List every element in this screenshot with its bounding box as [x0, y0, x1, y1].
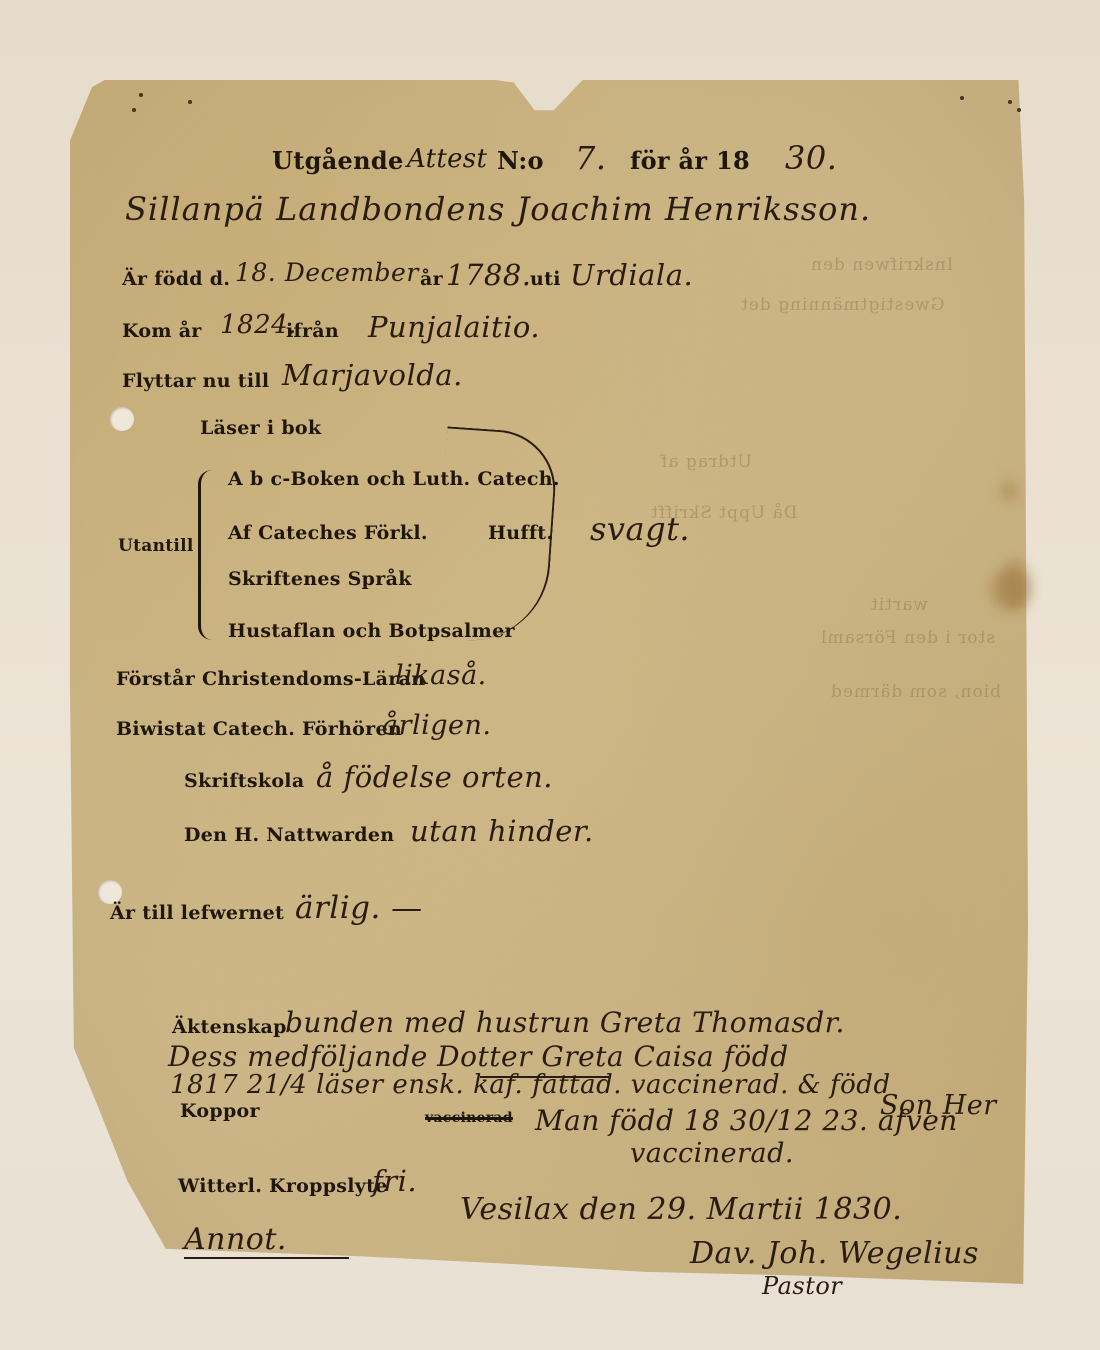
- smallpox-line: vaccinerad.: [630, 1138, 794, 1169]
- utantill-item: A b c-Boken och Luth. Catech.: [228, 468, 560, 490]
- ink-speck: [960, 96, 964, 100]
- reading-label: Läser i bok: [200, 417, 321, 439]
- bleed-through-text: Inskrifwen den: [810, 255, 953, 275]
- born-place-label: uti: [530, 268, 561, 290]
- utantill-item: Hustaflan och Botpsalmer: [228, 620, 515, 642]
- conduct-label: Är till lefwernet: [110, 902, 284, 924]
- born-year-label: år: [420, 268, 443, 290]
- attended-value: årligen.: [382, 710, 492, 741]
- conduct-value: ärlig. —: [295, 890, 423, 926]
- water-stain: [1000, 480, 1018, 502]
- utantill-item: Skriftenes Språk: [228, 568, 412, 590]
- bleed-through-text: stor i den Församl: [820, 628, 995, 648]
- header-year-label: för år 18: [630, 146, 750, 175]
- marriage-line: 1817 21/4 läser ensk. kaf. fattad. vacci…: [170, 1070, 891, 1100]
- marriage-line: bunden med hustrun Greta Thomasdr.: [285, 1006, 845, 1039]
- understands-value: likaså.: [395, 660, 487, 691]
- came-from-value: Punjalaitio.: [368, 310, 540, 344]
- utantill-item: Af Cateches Förkl.: [228, 522, 428, 544]
- confession-school-label: Skriftskola: [184, 770, 304, 792]
- bleed-through-text: bion, som därmed: [830, 682, 1001, 702]
- ink-speck: [139, 93, 143, 97]
- punch-hole: [110, 407, 134, 431]
- ink-speck: [188, 100, 192, 104]
- header-attest: Attest: [407, 144, 487, 174]
- smallpox-side-note: Son Her: [880, 1090, 997, 1121]
- came-label: Kom år: [122, 320, 202, 342]
- utantill-label: Utantill: [118, 536, 194, 556]
- born-year-value: 1788.: [446, 258, 532, 292]
- marriage-line: Dess medföljande Dotter Greta Caisa född: [168, 1040, 789, 1073]
- ink-speck: [132, 108, 136, 112]
- bleed-through-text: Utdrag af: [660, 452, 752, 472]
- bleed-through-text: Gwestigtmänning det: [740, 295, 945, 315]
- ink-speck: [1008, 100, 1012, 104]
- brace-left: [198, 470, 219, 640]
- header-number-label: N:o: [497, 146, 544, 175]
- header-prefix: Utgående: [272, 146, 404, 175]
- water-stain: [990, 570, 1030, 610]
- utantill-side-label: Hufft.: [488, 522, 553, 544]
- closing-place-date: Vesilax den 29. Martii 1830.: [460, 1192, 902, 1227]
- ink-speck: [1017, 108, 1021, 112]
- header-year-value: 30.: [785, 139, 837, 177]
- understands-label: Förstår Christendoms-Läran: [116, 668, 425, 690]
- bodily-defects-value: fri.: [372, 1164, 417, 1198]
- punch-hole: [98, 880, 122, 904]
- confession-school-value: å födelse orten.: [316, 760, 553, 794]
- marriage-label: Äktenskap: [172, 1016, 287, 1038]
- communion-value: utan hinder.: [410, 814, 594, 848]
- smallpox-label: Koppor: [180, 1100, 260, 1122]
- communion-label: Den H. Nattwarden: [184, 824, 394, 846]
- utantill-value: svagt.: [590, 510, 690, 548]
- smallpox-struck-text: vaccinerad: [425, 1110, 513, 1126]
- annotation: Annot.: [184, 1222, 287, 1257]
- bleed-through-text: wartit: [870, 595, 928, 615]
- bodily-defects-label: Witterl. Kroppslyte: [178, 1175, 388, 1197]
- attended-label: Biwistat Catech. Förhören: [116, 718, 402, 740]
- subject-line: Sillanpä Landbondens Joachim Henriksson.: [125, 190, 871, 228]
- signature: Dav. Joh. Wegelius: [690, 1236, 979, 1271]
- came-from-label: ifrån: [286, 320, 339, 342]
- signature-title: Pastor: [762, 1272, 842, 1300]
- born-place-value: Urdiala.: [570, 258, 693, 292]
- moving-label: Flyttar nu till: [122, 370, 269, 392]
- header-number-value: 7.: [575, 139, 607, 177]
- born-day-value: 18. December: [235, 258, 419, 287]
- moving-value: Marjavolda.: [282, 358, 463, 392]
- annotation-underline: [184, 1257, 349, 1259]
- born-day-label: Är född d.: [122, 268, 230, 290]
